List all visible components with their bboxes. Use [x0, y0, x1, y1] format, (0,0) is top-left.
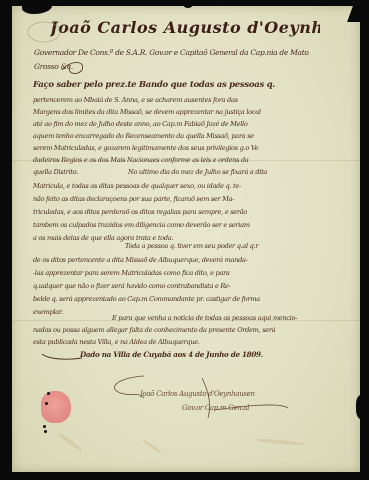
heading-flourish	[60, 58, 90, 76]
date-line: Dado na Villa de Cuyabá aos 4 de Junho d…	[80, 350, 340, 359]
seal-mark	[43, 425, 46, 428]
paragraph-line: Faço saber pelo prez.te Bando que todas …	[33, 80, 345, 90]
paragraph-line: de os ditos pertencente a dita Missaõ de…	[33, 256, 345, 264]
torn-edge	[183, 0, 193, 8]
paragraph-line: nadas ou possa alguem allegar falta de c…	[33, 326, 345, 334]
seal-mark	[44, 430, 47, 433]
paragraph-line: Toda a pessoa q. tiver em seu poder q.al…	[125, 242, 345, 250]
paragraph-line: esta publicada nesta Villa, e na Aldea d…	[33, 338, 313, 346]
paragraph-line: Margens dos limites da dita Missaõ, se d…	[33, 108, 345, 116]
paragraph-line: dadeiros Regios e os dos Mais Nacionaes …	[33, 156, 345, 164]
paragraph-line: No ultimo dia do mez de Julho se fixará …	[128, 168, 346, 176]
heading-flourish	[24, 14, 64, 46]
paragraph-line: a os mais delas de que ella agora trata …	[33, 234, 213, 242]
paragraph-line: E para que venha a noticia de todas as p…	[112, 314, 346, 322]
paragraph-line: serem Matriculadas, e gozarem legitimame…	[33, 144, 345, 152]
seal-mark	[45, 402, 48, 405]
paragraph-line: quella Distrito.	[33, 168, 103, 176]
torn-edge	[356, 395, 368, 419]
signature-title: Gov.or Cap.m Gen.al	[182, 404, 272, 412]
date-flourish	[40, 352, 84, 362]
wax-seal	[41, 391, 71, 423]
paragraph-line: belde q. será apprezentado ao Cap.m Comm…	[33, 295, 345, 303]
paragraph-line: triculadas, e aos ditos perderaõ os dito…	[33, 208, 345, 216]
paragraph-line: pertencerem ao Mbaiá de S. Anna, e se ac…	[33, 96, 345, 104]
paragraph-line: até ao fim do mez de Julho deste anno, a…	[33, 120, 345, 128]
paragraph-line: aquem tenho encarregado do Recenseamento…	[33, 132, 345, 140]
paragraph-line: não feito as ditas declaraçoens por sua …	[33, 195, 345, 203]
paragraph-line: exemplar.	[33, 308, 113, 316]
paragraph-line: q.ualquer que não o fizer será havido co…	[33, 282, 345, 290]
signature-name: Joaõ Carlos Augusto d'Oeynhausen	[140, 390, 270, 398]
paragraph-line: tambem os culpados trazidos em diligenci…	[33, 221, 345, 229]
document-heading-titles: Governador De Cons.º de S.A.R. Gov.or e …	[34, 48, 346, 57]
document-heading-name: Joaõ Carlos Augusto d'Oeynhausen	[50, 18, 320, 37]
paragraph-line: Matricula, e todas as ditas pessoas de q…	[33, 182, 345, 190]
seal-mark	[47, 392, 50, 395]
paragraph-line: -las apprezentar para serem Matriculadas…	[33, 269, 345, 277]
